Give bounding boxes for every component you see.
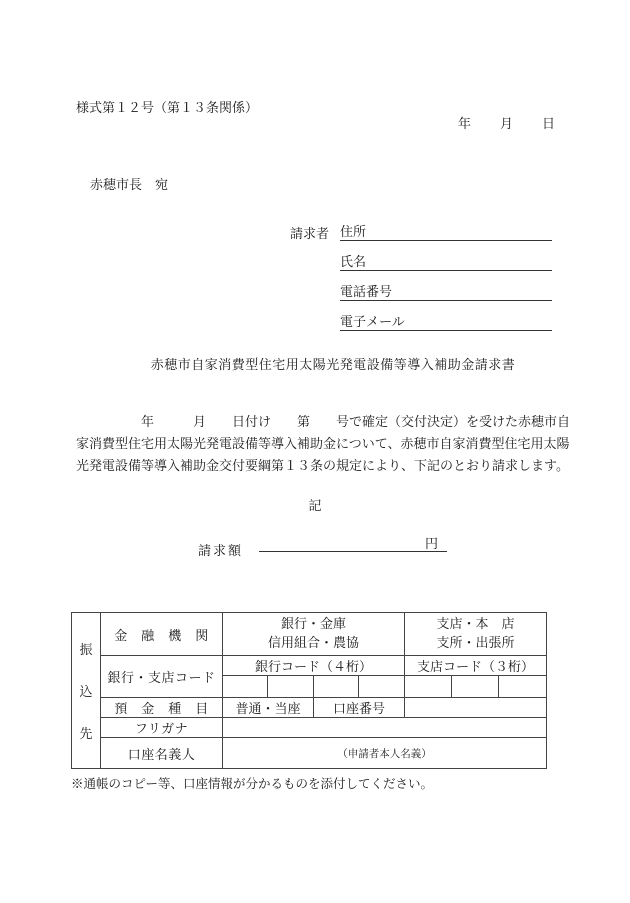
body-line-2: 家消費型住宅用太陽光発電設備等導入補助金について、赤穂市自家消費型住宅用太陽	[76, 434, 570, 456]
deposit-type-label: 預 金 種 目	[101, 698, 223, 718]
branch-code-digit-1[interactable]	[405, 676, 452, 698]
ki-heading: 記	[0, 495, 630, 514]
bank-code-header: 銀行コード（４桁）	[223, 656, 405, 676]
account-number-label: 口座番号	[314, 698, 405, 718]
name-field[interactable]: 氏名	[340, 251, 552, 271]
phone-field[interactable]: 電話番号	[340, 281, 552, 301]
claim-amount-field[interactable]: 円	[259, 533, 447, 552]
account-holder-label: 口座名義人	[101, 738, 223, 769]
body-line-1: 年 月 日付け 第 号で確定（交付決定）を受けた赤穂市自	[76, 412, 570, 434]
account-number-field[interactable]	[405, 698, 547, 718]
email-field[interactable]: 電子メール	[340, 311, 552, 331]
claim-amount-label: 請求額	[198, 540, 243, 559]
name-label: 氏名	[340, 251, 392, 270]
financial-institution-name-cell[interactable]: 銀行・金庫 信用組合・農協	[223, 613, 405, 656]
furigana-label: フリガナ	[101, 718, 223, 738]
furigana-field[interactable]	[223, 718, 547, 738]
bank-branch-code-label: 銀行・支店コード	[101, 656, 223, 698]
requester-label: 請求者	[290, 223, 329, 242]
payee-vertical-label: 振 込 先	[72, 613, 101, 769]
phone-label: 電話番号	[340, 281, 392, 300]
bank-code-digit-3[interactable]	[314, 676, 359, 698]
bank-code-digit-2[interactable]	[268, 676, 314, 698]
address-field[interactable]: 住所	[340, 221, 552, 241]
bank-transfer-table: 振 込 先 金 融 機 関 銀行・金庫 信用組合・農協 支店・本 店 支所・出張…	[71, 612, 547, 769]
body-paragraph: 年 月 日付け 第 号で確定（交付決定）を受けた赤穂市自 家消費型住宅用太陽光発…	[76, 412, 570, 478]
bank-code-digit-4[interactable]	[359, 676, 405, 698]
account-holder-note: （申請者本人名義）	[337, 748, 432, 760]
branch-code-digit-3[interactable]	[499, 676, 547, 698]
branch-code-header: 支店コード（３桁）	[405, 656, 547, 676]
branch-name-cell[interactable]: 支店・本 店 支所・出張所	[405, 613, 547, 656]
yen-unit: 円	[425, 537, 438, 552]
addressee: 赤穂市長 宛	[90, 174, 168, 193]
email-label: 電子メール	[340, 311, 405, 330]
body-line-3: 光発電設備等導入補助金交付要綱第１３条の規定により、下記のとおり請求します。	[76, 456, 570, 478]
financial-institution-label: 金 融 機 関	[101, 613, 223, 656]
address-label: 住所	[340, 221, 392, 240]
subsidy-claim-form-page: 様式第１２号（第１３条関係） 年 月 日 赤穂市長 宛 請求者 住所 氏名 電話…	[0, 0, 630, 903]
document-title: 赤穂市自家消費型住宅用太陽光発電設備等導入補助金請求書	[18, 354, 630, 373]
account-holder-field[interactable]: （申請者本人名義）	[223, 738, 547, 769]
footnote: ※通帳のコピー等、口座情報が分かるものを添付してください。	[71, 774, 433, 792]
date-line: 年 月 日	[458, 113, 556, 132]
bank-code-digit-1[interactable]	[223, 676, 268, 698]
form-number: 様式第１２号（第１３条関係）	[76, 97, 258, 116]
branch-code-digit-2[interactable]	[452, 676, 499, 698]
deposit-type-options[interactable]: 普通・当座	[223, 698, 314, 718]
